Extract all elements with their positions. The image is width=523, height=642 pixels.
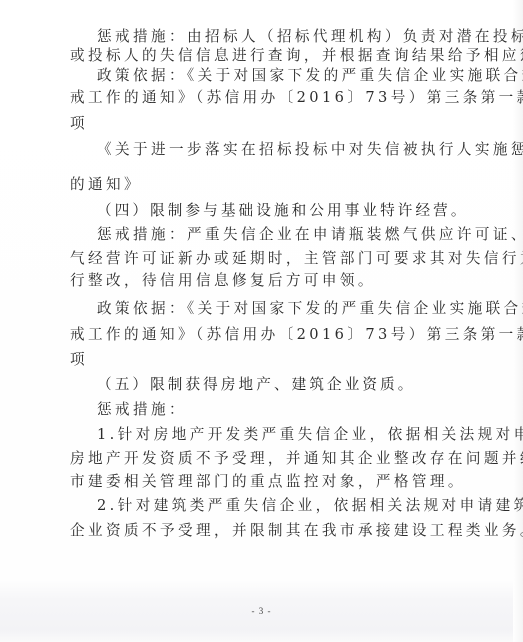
section-heading-4: （四）限制参与基础设施和公用事业特许经营。 xyxy=(97,202,477,220)
paragraph-line: 戒工作的通知》（苏信用办〔2016〕73号）第三条第一款第八 xyxy=(70,89,450,107)
document-page: 惩戒措施：由招标人（招标代理机构）负责对潜在投标人 或投标人的失信信息进行查询，… xyxy=(0,0,523,642)
paragraph-line: 或投标人的失信信息进行查询，并根据查询结果给予相应惩戒。 xyxy=(70,47,450,65)
paragraph-line: 政策依据：《关于对国家下发的严重失信企业实施联合惩 xyxy=(97,300,477,318)
paragraph-line: 戒工作的通知》（苏信用办〔2016〕73号）第三条第一款第九 xyxy=(70,326,450,344)
paragraph-line: 行整改，待信用信息修复后方可申领。 xyxy=(70,272,450,290)
paragraph-line: 惩戒措施：严重失信企业在申请瓶装燃气供应许可证、燃 xyxy=(97,226,477,244)
section-heading-5: （五）限制获得房地产、建筑企业资质。 xyxy=(97,376,477,394)
paragraph-line: 的通知》 xyxy=(70,176,450,194)
paragraph-line: 1.针对房地产开发类严重失信企业，依据相关法规对申请 xyxy=(97,426,477,444)
paragraph-line: 气经营许可证新办或延期时，主管部门可要求其对失信行为进 xyxy=(70,250,450,268)
paragraph-line: 惩戒措施：由招标人（招标代理机构）负责对潜在投标人 xyxy=(97,28,477,46)
paragraph-line: 企业资质不予受理，并限制其在我市承接建设工程类业务。 xyxy=(70,522,450,540)
page-number: - 3 - xyxy=(0,606,523,616)
paragraph-line: 惩戒措施： xyxy=(97,401,477,419)
paragraph-line: 项 xyxy=(70,351,450,369)
paragraph-line: 2.针对建筑类严重失信企业，依据相关法规对申请建筑类 xyxy=(97,497,477,515)
paragraph-line: 《关于进一步落实在招标投标中对失信被执行人实施惩戒 xyxy=(97,141,477,159)
paragraph-line: 项 xyxy=(70,115,450,133)
paragraph-line: 市建委相关管理部门的重点监控对象，严格管理。 xyxy=(70,473,450,491)
paragraph-line: 政策依据：《关于对国家下发的严重失信企业实施联合惩 xyxy=(97,67,477,85)
paragraph-line: 房地产开发资质不予受理，并通知其企业整改存在问题并纳入 xyxy=(70,450,450,468)
